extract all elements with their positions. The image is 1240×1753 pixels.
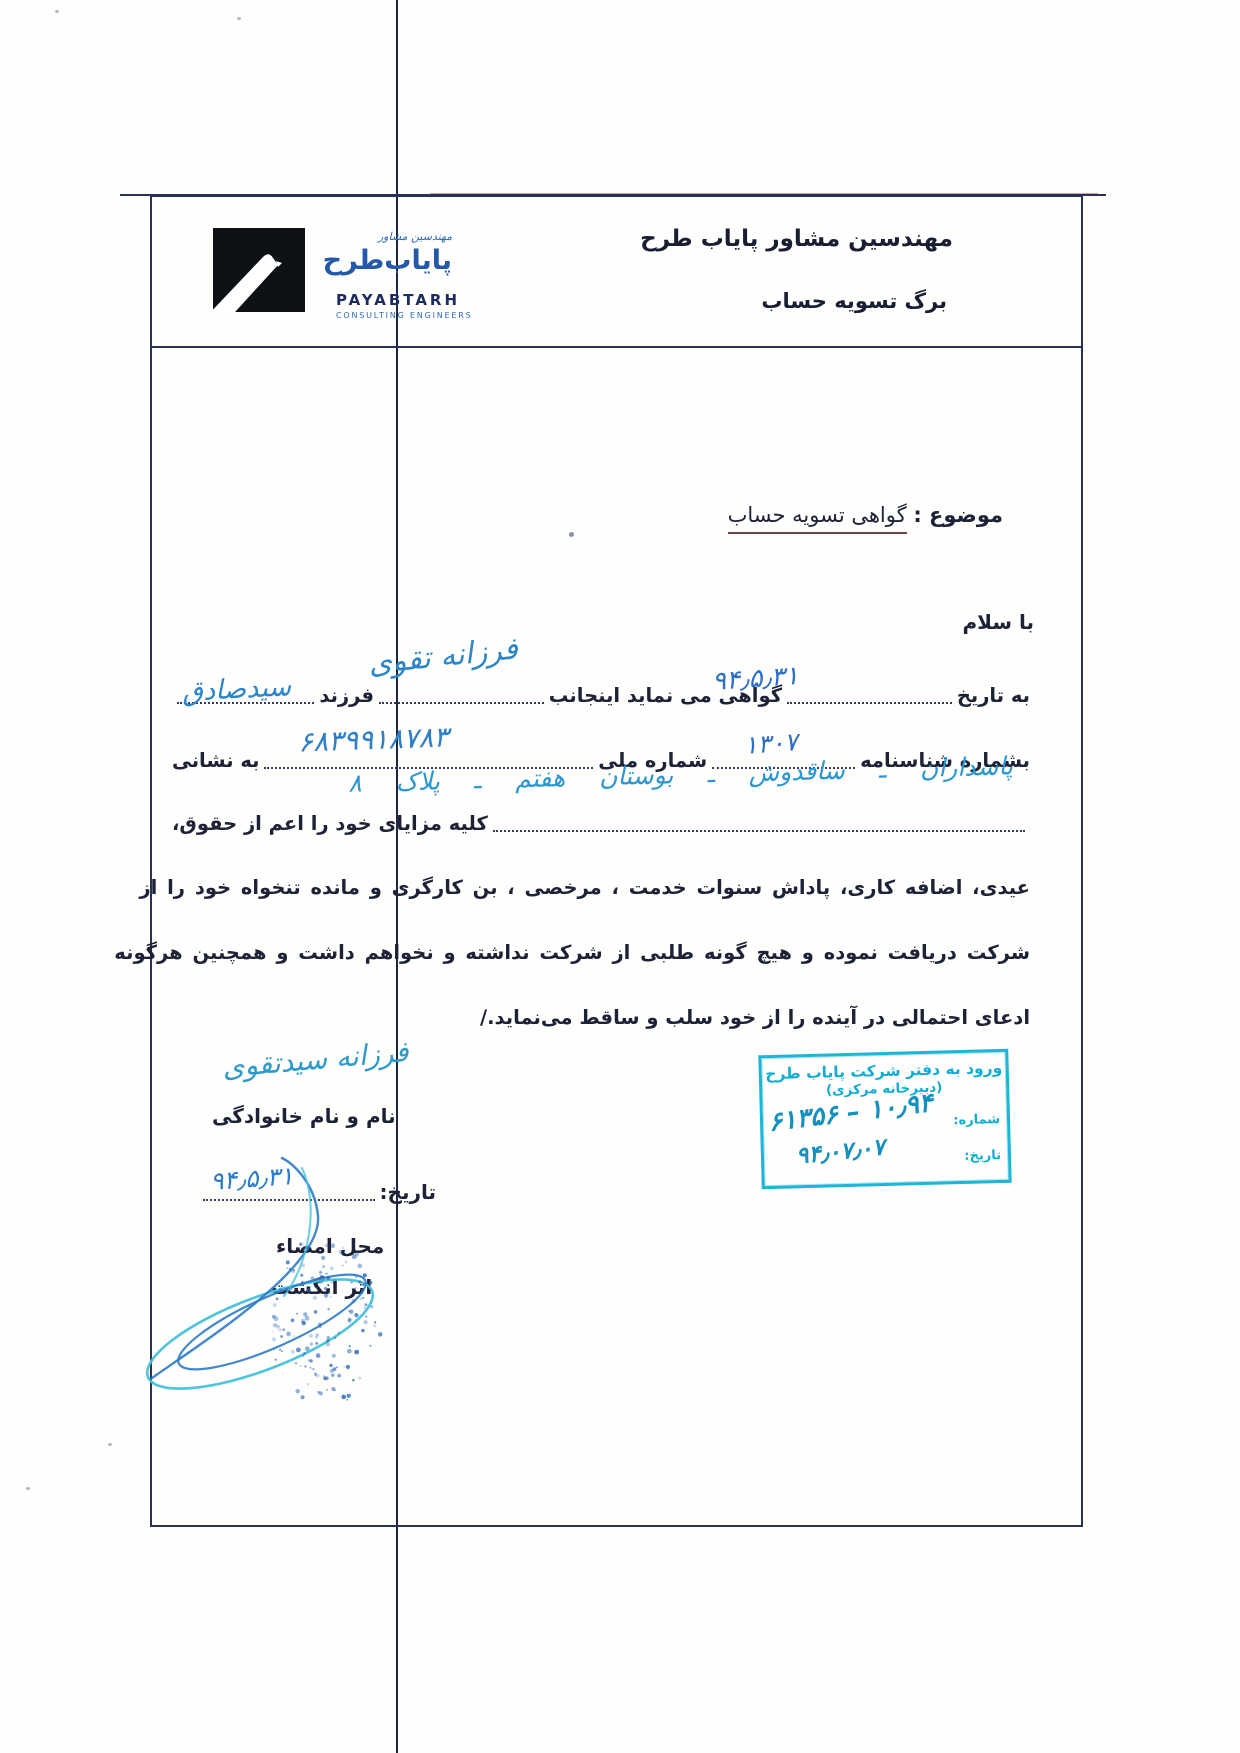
body-line-5: شرکت دریافت نموده و هیچ گونه طلبی از شرک… xyxy=(172,941,1030,964)
signature-icon xyxy=(135,1158,385,1411)
scan-speck xyxy=(55,10,59,13)
dotted-fill-name xyxy=(379,686,544,704)
form-title: برگ تسویه حساب xyxy=(761,289,947,313)
company-logo xyxy=(213,228,305,312)
stamp-date-label: تاریخ: xyxy=(964,1148,1001,1164)
subject-line: موضوع : گواهی تسویه حساب xyxy=(728,503,1003,527)
logo-swoosh-icon xyxy=(213,228,305,312)
salutation: با سلام xyxy=(963,610,1035,634)
header-divider xyxy=(150,346,1083,348)
scan-speck xyxy=(237,17,241,20)
body-l3-text: کلیه مزایای خود را اعم از حقوق، xyxy=(172,812,488,835)
stamp-number-label: شماره: xyxy=(953,1112,1000,1128)
body-l1-p3: فرزند xyxy=(319,684,374,707)
handwritten-national-id: ۶۸۳۹۹۱۸۷۸۳ xyxy=(298,723,449,756)
logo-name-latin: PAYABTARH xyxy=(336,291,460,309)
signature-and-fingerprint xyxy=(122,1146,412,1416)
handwritten-father-name: سیدصادق xyxy=(181,673,291,706)
name-label: نام و نام خانوادگی xyxy=(212,1104,396,1128)
body-line-6: ادعای احتمالی در آینده را از خود سلب و س… xyxy=(172,1006,1030,1029)
body-line-1: به تاریخ گواهی می نماید اینجانب فرزند xyxy=(172,684,1030,707)
scanned-document-page: مهندسین مشاور پایاب‌طرح PAYABTARH CONSUL… xyxy=(0,0,1240,1753)
body-line-3: کلیه مزایای خود را اعم از حقوق، xyxy=(172,812,1030,835)
logo-tagline: مهندسین مشاور xyxy=(378,230,452,243)
dotted-fill-address xyxy=(493,814,1025,832)
company-title: مهندسین مشاور پایاب طرح xyxy=(640,226,953,252)
body-l1-p1: به تاریخ xyxy=(957,684,1030,707)
body-l2-p3: به نشانی xyxy=(172,749,259,772)
subject-label: موضوع : xyxy=(913,503,1003,527)
logo-name-persian: پایاب‌طرح xyxy=(323,245,452,276)
handwritten-date: ۹۴٫۵٫۳۱ xyxy=(711,663,799,695)
subject-value: گواهی تسویه حساب xyxy=(728,503,907,534)
handwritten-birth-cert-no: ۱۳۰۷ xyxy=(743,729,798,758)
scan-speck xyxy=(108,1443,112,1446)
body-line-4: عیدی، اضافه کاری، پاداش سنوات خدمت ، مرخ… xyxy=(172,876,1030,899)
scan-speck xyxy=(26,1487,30,1490)
dotted-fill-date xyxy=(787,686,952,704)
logo-subtitle-latin: CONSULTING ENGINEERS xyxy=(336,311,472,320)
scan-artifact-top-line-fringe xyxy=(430,193,1098,194)
